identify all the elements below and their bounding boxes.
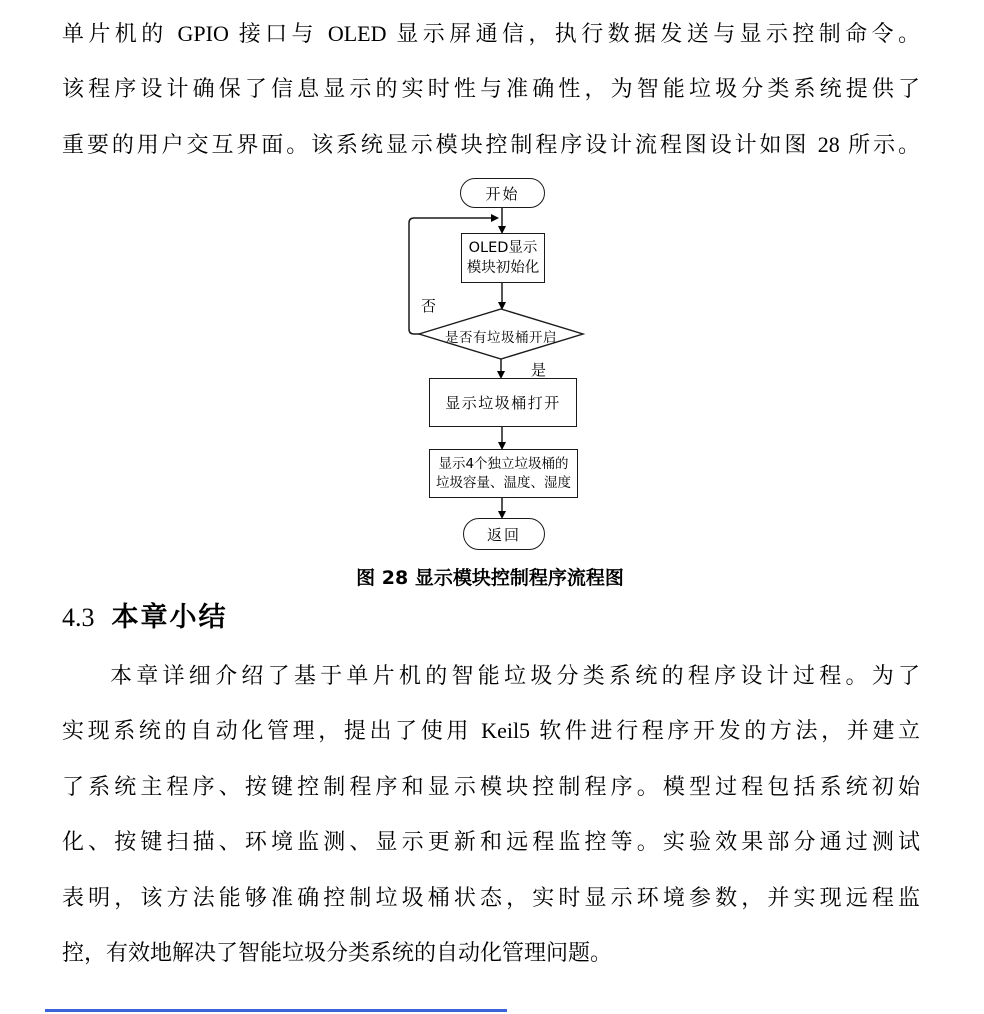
paragraph-line: 表明，该方法能够准确控制垃圾桶状态，实时显示环境参数，并实现远程监 xyxy=(62,870,920,925)
paragraph-line: 本章详细介绍了基于单片机的智能垃圾分类系统的程序设计过程。为了 xyxy=(62,648,920,703)
figure-caption: 图 28 显示模块控制程序流程图 xyxy=(320,563,660,590)
section-number: 4.3 xyxy=(62,603,95,632)
display-node-line1: 显示4个独立垃圾桶的 xyxy=(438,455,568,474)
section-title: 本章小结 xyxy=(112,602,228,633)
flowchart-display-node: 显示4个独立垃圾桶的 垃圾容量、温度、湿度 xyxy=(429,449,578,498)
arrowhead-icon xyxy=(491,214,499,222)
section-heading: 4.3本章小结 xyxy=(62,598,228,638)
branch-yes-label: 是 xyxy=(531,359,546,380)
paragraph-line: 控，有效地解决了智能垃圾分类系统的自动化管理问题。 xyxy=(62,925,920,980)
flowchart-return-node: 返回 xyxy=(463,518,545,550)
flowchart-connectors xyxy=(400,170,595,560)
paragraph-summary: 本章详细介绍了基于单片机的智能垃圾分类系统的程序设计过程。为了 实现系统的自动化… xyxy=(62,648,920,980)
paragraph-line: 该程序设计确保了信息显示的实时性与准确性，为智能垃圾分类系统提供了 xyxy=(62,61,920,116)
decision-node-label: 是否有垃圾桶开启 xyxy=(420,326,582,346)
flowchart-init-node: OLED显示 模块初始化 xyxy=(461,233,545,283)
paragraph-line: 了系统主程序、按键控制程序和显示模块控制程序。模型过程包括系统初始 xyxy=(62,759,920,814)
paragraph-intro: 单片机的 GPIO 接口与 OLED 显示屏通信，执行数据发送与显示控制命令。 … xyxy=(62,6,920,172)
paragraph-line: 实现系统的自动化管理，提出了使用 Keil5 软件进行程序开发的方法，并建立 xyxy=(62,703,920,758)
document-page: 单片机的 GPIO 接口与 OLED 显示屏通信，执行数据发送与显示控制命令。 … xyxy=(0,0,984,1014)
start-node-label: 开始 xyxy=(485,183,519,204)
flowchart-start-node: 开始 xyxy=(460,178,545,208)
branch-no-label: 否 xyxy=(421,295,436,316)
init-node-line1: OLED显示 xyxy=(469,238,538,258)
paragraph-line: 化、按键扫描、环境监测、显示更新和远程监控等。实验效果部分通过测试 xyxy=(62,814,920,869)
init-node-line2: 模块初始化 xyxy=(467,258,540,278)
return-node-label: 返回 xyxy=(487,524,521,545)
display-node-line2: 垃圾容量、温度、湿度 xyxy=(436,474,571,493)
paragraph-line: 重要的用户交互界面。该系统显示模块控制程序设计流程图设计如图 28 所示。 xyxy=(62,117,920,172)
open-node-label: 显示垃圾桶打开 xyxy=(445,392,561,413)
flowchart-open-node: 显示垃圾桶打开 xyxy=(429,378,577,427)
paragraph-line: 单片机的 GPIO 接口与 OLED 显示屏通信，执行数据发送与显示控制命令。 xyxy=(62,6,920,61)
bottom-accent-rule xyxy=(45,1009,507,1012)
